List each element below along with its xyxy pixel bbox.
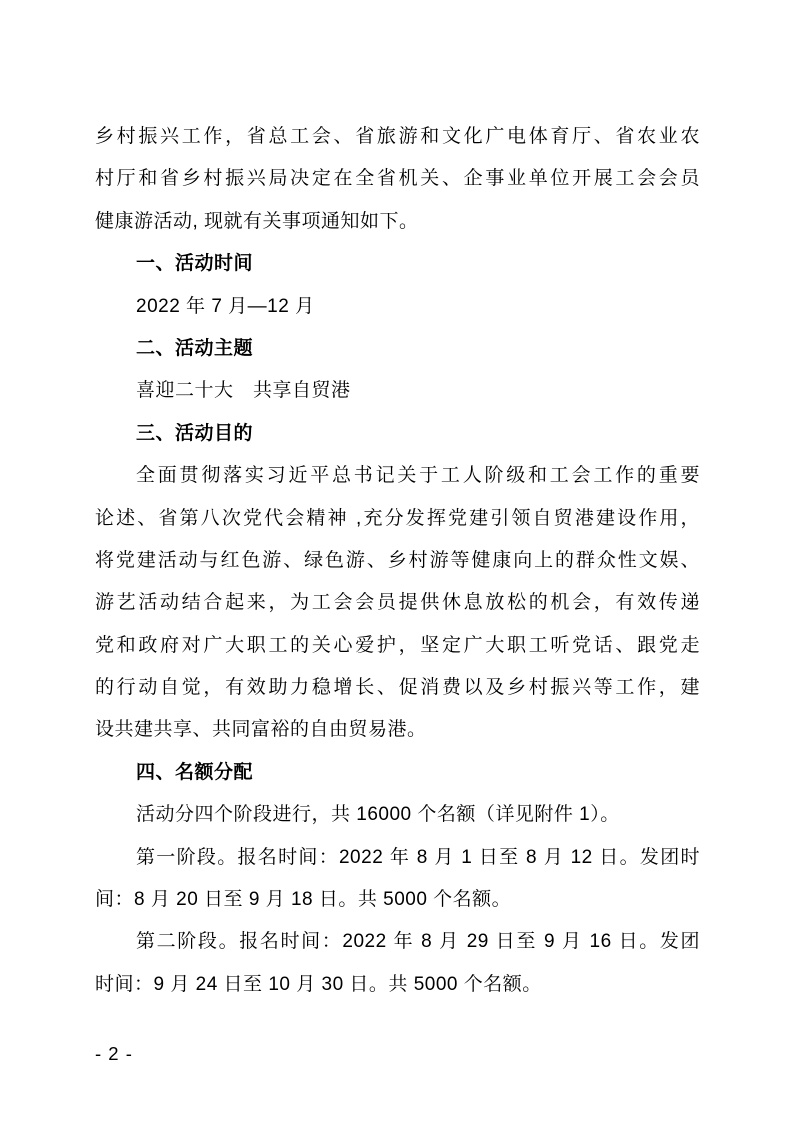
document-page: 乡村振兴工作，省总工会、省旅游和文化广电体育厅、省农业农 村厅和省乡村振兴局决定… bbox=[0, 0, 793, 1122]
paragraph-line: 论述、省第八次党代会精神 ,充分发挥党建引领自贸港建设作用， bbox=[95, 498, 700, 540]
section-heading-4: 四、名额分配 bbox=[95, 752, 700, 794]
phase-1-line: 间：8 月 20 日至 9 月 18 日。共 5000 个名额。 bbox=[95, 879, 700, 921]
phase-2-line: 时间：9 月 24 日至 10 月 30 日。共 5000 个名额。 bbox=[95, 964, 700, 1006]
section-heading-1: 一、活动时间 bbox=[95, 243, 700, 285]
paragraph-line: 健康游活动, 现就有关事项通知如下。 bbox=[95, 201, 700, 243]
activity-time-line: 2022 年 7 月—12 月 bbox=[95, 286, 700, 328]
paragraph-line: 乡村振兴工作，省总工会、省旅游和文化广电体育厅、省农业农 bbox=[95, 116, 700, 158]
paragraph-line: 将党建活动与红色游、绿色游、乡村游等健康向上的群众性文娱、 bbox=[95, 540, 700, 582]
paragraph-line: 村厅和省乡村振兴局决定在全省机关、企事业单位开展工会会员 bbox=[95, 158, 700, 200]
page-number: - 2 - bbox=[95, 1040, 133, 1068]
paragraph-line: 设共建共享、共同富裕的自由贸易港。 bbox=[95, 709, 700, 751]
section-heading-2: 二、活动主题 bbox=[95, 328, 700, 370]
document-body: 乡村振兴工作，省总工会、省旅游和文化广电体育厅、省农业农 村厅和省乡村振兴局决定… bbox=[95, 116, 700, 1006]
paragraph-line: 党和政府对广大职工的关心爱护，坚定广大职工听党话、跟党走 bbox=[95, 625, 700, 667]
section-heading-3: 三、活动目的 bbox=[95, 413, 700, 455]
paragraph-line: 的行动自觉，有效助力稳增长、促消费以及乡村振兴等工作，建 bbox=[95, 667, 700, 709]
phase-1-line: 第一阶段。报名时间：2022 年 8 月 1 日至 8 月 12 日。发团时 bbox=[95, 837, 700, 879]
quota-summary-line: 活动分四个阶段进行，共 16000 个名额（详见附件 1）。 bbox=[95, 794, 700, 836]
paragraph-line: 游艺活动结合起来，为工会会员提供休息放松的机会，有效传递 bbox=[95, 582, 700, 624]
paragraph-line: 全面贯彻落实习近平总书记关于工人阶级和工会工作的重要 bbox=[95, 455, 700, 497]
phase-2-line: 第二阶段。报名时间：2022 年 8 月 29 日至 9 月 16 日。发团 bbox=[95, 921, 700, 963]
activity-theme-line: 喜迎二十大 共享自贸港 bbox=[95, 370, 700, 412]
